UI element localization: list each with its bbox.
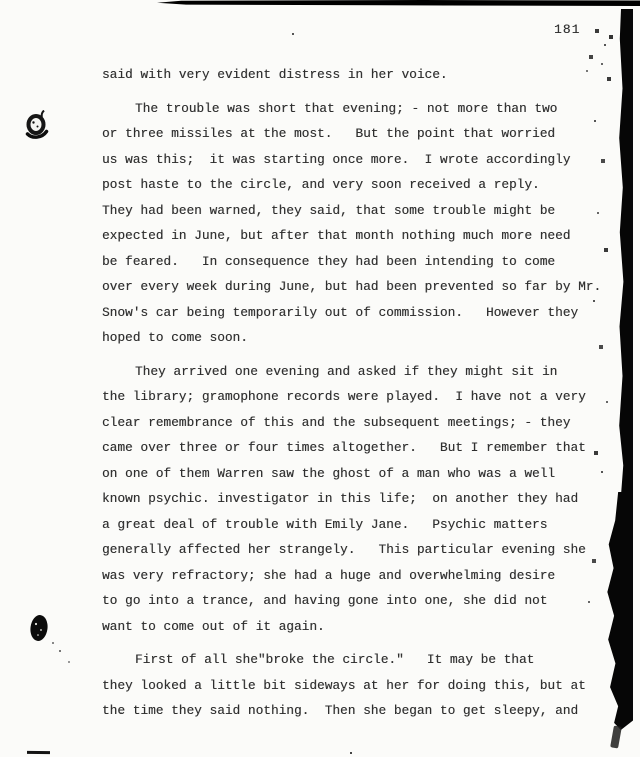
text-line: to go into a trance, and having gone int…: [102, 588, 601, 614]
typed-text: said with very evident distress in her v…: [102, 62, 601, 724]
scan-right-edge-band-upper: [618, 9, 633, 505]
text-line: First of all she"broke the circle." It m…: [102, 647, 601, 673]
scan-noise-speckles: [0, 0, 2, 2]
text-line: the library; gramophone records were pla…: [102, 384, 601, 410]
paragraph: The trouble was short that evening; - no…: [102, 96, 601, 351]
scanned-typescript-page: 181 said with very evident distress in h…: [0, 0, 640, 757]
text-line: on one of them Warren saw the ghost of a…: [102, 461, 601, 487]
page-number: 181: [554, 22, 580, 37]
text-line: They had been warned, they said, that so…: [102, 198, 601, 224]
paragraph: said with very evident distress in her v…: [102, 62, 601, 88]
text-line: was very refractory; she had a huge and …: [102, 563, 601, 589]
text-line: post haste to the circle, and very soon …: [102, 172, 601, 198]
paragraph: They arrived one evening and asked if th…: [102, 359, 601, 640]
text-line: Snow's car being temporarily out of comm…: [102, 300, 601, 326]
paragraph: First of all she"broke the circle." It m…: [102, 647, 601, 724]
text-line: want to come out of it again.: [102, 614, 601, 640]
text-line: be feared. In consequence they had been …: [102, 249, 601, 275]
ink-blot-icon: [25, 110, 49, 142]
text-line: clear remembrance of this and the subseq…: [102, 410, 601, 436]
text-line: the time they said nothing. Then she beg…: [102, 698, 601, 724]
text-line: They arrived one evening and asked if th…: [102, 359, 601, 385]
text-line: over every week during June, but had bee…: [102, 274, 601, 300]
text-line: known psychic. investigator in this life…: [102, 486, 601, 512]
scan-right-edge-band-lower: [606, 492, 633, 730]
text-line: hoped to come soon.: [102, 325, 601, 351]
text-line: generally affected her strangely. This p…: [102, 537, 601, 563]
text-line: said with very evident distress in her v…: [102, 62, 601, 88]
scan-top-edge-line: [157, 0, 640, 6]
scan-bottom-left-mark: [27, 751, 50, 754]
text-line: us was this; it was starting once more. …: [102, 147, 601, 173]
text-line: expected in June, but after that month n…: [102, 223, 601, 249]
text-line: a great deal of trouble with Emily Jane.…: [102, 512, 601, 538]
text-line: came over three or four times altogether…: [102, 435, 601, 461]
text-line: or three missiles at the most. But the p…: [102, 121, 601, 147]
text-line: they looked a little bit sideways at her…: [102, 673, 601, 699]
text-line: The trouble was short that evening; - no…: [102, 96, 601, 122]
scan-right-edge-tail: [610, 725, 622, 748]
ink-blot-filled-icon: [29, 612, 50, 645]
